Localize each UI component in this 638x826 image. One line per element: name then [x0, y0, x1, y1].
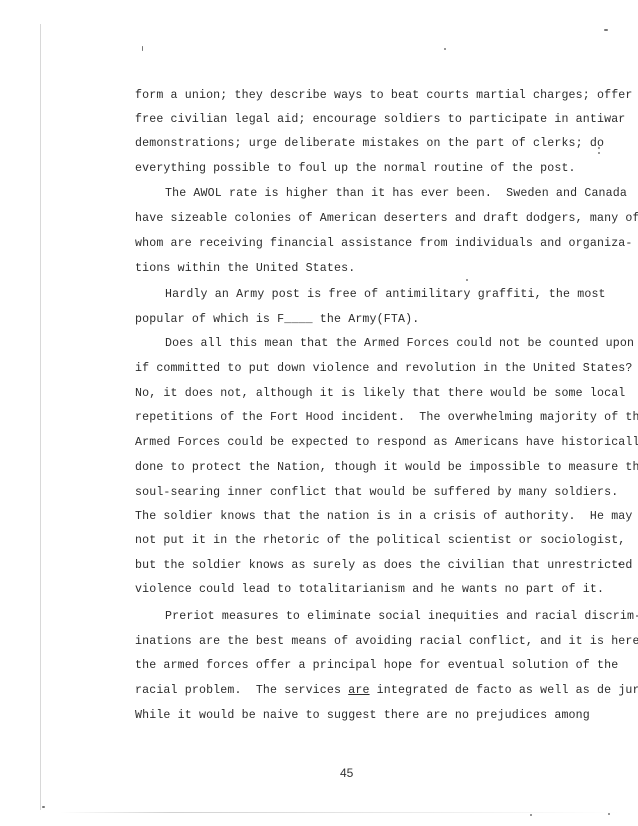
text-line: Does all this mean that the Armed Forces…: [135, 337, 634, 351]
text-line: if committed to put down violence and re…: [135, 362, 633, 376]
scan-speck: [42, 806, 45, 808]
text-line: violence could lead to totalitarianism a…: [135, 583, 604, 597]
text-line: demonstrations; urge deliberate mistakes…: [135, 137, 604, 151]
text-line: have sizeable colonies of American deser…: [135, 212, 638, 226]
text-segment: integrated de facto as well as de jure.: [370, 684, 638, 697]
underlined-word: are: [348, 684, 369, 697]
text-line: tions within the United States.: [135, 262, 355, 276]
text-line: repetitions of the Fort Hood incident. T…: [135, 411, 638, 425]
text-line: Preriot measures to eliminate social ine…: [135, 610, 638, 624]
text-line: done to protect the Nation, though it wo…: [135, 461, 638, 475]
text-line: but the soldier knows as surely as does …: [135, 559, 633, 573]
text-line: soul-searing inner conflict that would b…: [135, 486, 618, 500]
text-line: the armed forces offer a principal hope …: [135, 659, 618, 673]
scan-speck: [142, 46, 143, 51]
text-line: The AWOL rate is higher than it has ever…: [135, 187, 627, 201]
text-line: form a union; they describe ways to beat…: [135, 89, 633, 103]
text-line: racial problem. The services are integra…: [135, 684, 638, 698]
text-line: popular of which is F____ the Army(FTA).: [135, 313, 419, 327]
text-segment: racial problem. The services: [135, 684, 348, 697]
text-line: While it would be naive to suggest there…: [135, 709, 590, 723]
scan-speck: [604, 29, 608, 31]
scan-bottom-edge: [60, 812, 620, 813]
text-line: not put it in the rhetoric of the politi…: [135, 534, 625, 548]
text-line: whom are receiving financial assistance …: [135, 237, 633, 251]
text-line: inations are the best means of avoiding …: [135, 635, 638, 649]
page-number: 45: [340, 766, 353, 780]
scan-speck: [444, 48, 446, 50]
text-line: Armed Forces could be expected to respon…: [135, 436, 638, 450]
scan-speck: [466, 279, 468, 281]
text-line: The soldier knows that the nation is in …: [135, 510, 633, 524]
text-line: No, it does not, although it is likely t…: [135, 387, 625, 401]
text-line: free civilian legal aid; encourage soldi…: [135, 113, 625, 127]
scan-speck: [608, 813, 610, 815]
text-line: Hardly an Army post is free of antimilit…: [135, 288, 606, 302]
scan-page-edge: [40, 24, 41, 810]
text-line: everything possible to foul up the norma…: [135, 162, 576, 176]
scan-speck: [530, 814, 532, 816]
scan-speck: [598, 152, 600, 154]
